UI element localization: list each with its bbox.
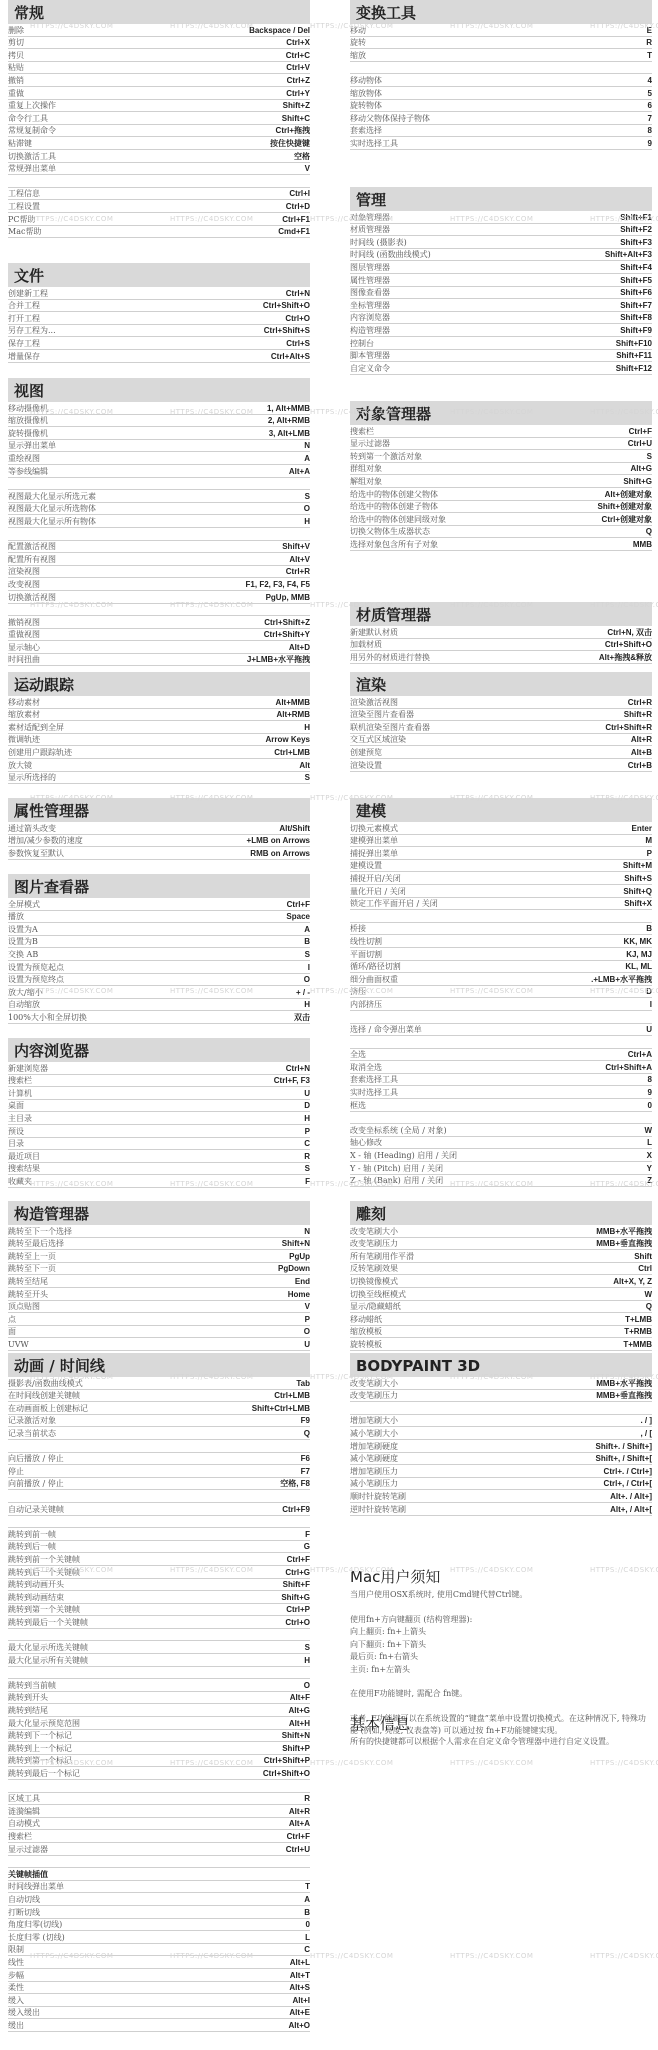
shortcut-key: Ctrl+Shift+Z — [264, 617, 310, 628]
shortcut-row: 缓入缓出Alt+E — [8, 2007, 310, 2020]
basic-info-title: 基本信息 — [350, 1712, 652, 1736]
shortcut-key: Shift+创建对象 — [598, 501, 652, 512]
shortcut-key: .+LMB+水平拖拽 — [591, 974, 652, 985]
paragraph-line: 向下翻页: fn+下箭头 — [350, 1639, 652, 1652]
shortcut-label: 跳转至上一页 — [8, 1251, 56, 1262]
shortcut-row: 缩放摄像机2, Alt+RMB — [8, 415, 310, 428]
shortcut-row: 增加笔刷大小. / ] — [350, 1415, 652, 1428]
shortcut-row: 自动切线A — [8, 1893, 310, 1906]
shortcut-row: 配置所有视图Alt+V — [8, 553, 310, 566]
section-title: 常规 — [8, 0, 310, 24]
paragraph-line: 向上翻页: fn+上箭头 — [350, 1626, 652, 1639]
shortcut-row: 显示/隐藏蜡纸Q — [350, 1301, 652, 1314]
shortcut-label: 脚本管理器 — [350, 350, 390, 361]
shortcut-row: 搜索结果S — [8, 1163, 310, 1176]
shortcut-label: 移动 — [350, 25, 366, 36]
shortcut-label: 跳转到动画结束 — [8, 1592, 64, 1603]
shortcut-row: 跳转到后一帧G — [8, 1541, 310, 1554]
shortcut-label: 桌面 — [8, 1100, 24, 1111]
shortcut-label: 锁定工作平面开启 / 关闭 — [350, 898, 438, 909]
shortcut-row: 量化开启 / 关闭Shift+Q — [350, 885, 652, 898]
shortcut-key: Z — [647, 1175, 652, 1186]
shortcut-label: 渲染设置 — [350, 760, 382, 771]
shortcut-key: L — [647, 1137, 652, 1148]
shortcut-row: 创建用户跟踪轨迹Ctrl+LMB — [8, 746, 310, 759]
shortcut-key: Shift+F6 — [620, 287, 652, 298]
shortcut-row: 最近项目R — [8, 1150, 310, 1163]
shortcut-row: 轴心修改L — [350, 1137, 652, 1150]
shortcut-row: 参数恢复至默认RMB on Arrows — [8, 847, 310, 860]
shortcut-label: 桥接 — [350, 923, 366, 934]
shortcut-label: 缩放 — [350, 50, 366, 61]
shortcut-label: 顶点贴图 — [8, 1301, 40, 1312]
shortcut-key: Alt+B — [631, 747, 652, 758]
shortcut-key: F7 — [301, 1466, 310, 1477]
shortcut-row: 加载材质Ctrl+Shift+O — [350, 639, 652, 652]
shortcut-label: 构造管理器 — [350, 325, 390, 336]
shortcut-row: 桌面D — [8, 1100, 310, 1113]
shortcut-row: 减小笔刷压力Ctrl+, / Ctrl+[ — [350, 1478, 652, 1491]
shortcut-key: P — [305, 1126, 310, 1137]
shortcut-key: B — [304, 936, 310, 947]
shortcut-row: 跳转到动画开头Shift+F — [8, 1579, 310, 1592]
shortcut-label: 跳转到前一帧 — [8, 1529, 56, 1540]
shortcut-row: 时间线弹出菜单T — [8, 1881, 310, 1894]
shortcut-label: 视图最大化显示所有物体 — [8, 516, 96, 527]
shortcut-row: 锁定工作平面开启 / 关闭Shift+X — [350, 898, 652, 911]
shortcut-label: 全屏模式 — [8, 899, 40, 910]
shortcut-key: O — [304, 974, 310, 985]
shortcut-key: Ctrl+P — [286, 1604, 310, 1615]
paragraph-gap — [350, 1602, 652, 1614]
shortcut-label: X - 轴 (Heading) 启用 / 关闭 — [350, 1150, 457, 1161]
shortcut-row: 转到第一个激活对象S — [350, 450, 652, 463]
shortcut-label: 摄影表/函数曲线模式 — [8, 1378, 83, 1389]
shortcut-label: 平面切割 — [350, 949, 382, 960]
shortcut-row: 缩放T — [350, 49, 652, 62]
shortcut-row: 选择 / 命令弹出菜单U — [350, 1024, 652, 1037]
shortcut-key: Shift+V — [282, 541, 310, 552]
shortcut-key: A — [304, 924, 310, 935]
shortcut-label: 循环/路径切割 — [350, 961, 401, 972]
shortcut-label: 量化开启 / 关闭 — [350, 886, 406, 897]
shortcut-label: 框选 — [350, 1100, 366, 1111]
section-transform: 变换工具移动E旋转R缩放T移动物体4缩放物体5旋转物体6移动父物体保持子物体7套… — [350, 0, 652, 150]
shortcut-row: 记录当前状态Q — [8, 1427, 310, 1440]
shortcut-row: 切换父物体生成器状态Q — [350, 526, 652, 539]
shortcut-key: Shift+F5 — [620, 275, 652, 286]
shortcut-row: 预设P — [8, 1125, 310, 1138]
shortcut-row: 移动物体4 — [350, 74, 652, 87]
shortcut-row: 另存工程为...Ctrl+Shift+S — [8, 325, 310, 338]
shortcut-row: 移动父物体保持子物体7 — [350, 112, 652, 125]
shortcut-label: 限制 — [8, 1944, 24, 1955]
shortcut-key: Ctrl+I — [289, 188, 310, 199]
shortcut-label: 长度归零 (切线) — [8, 1932, 65, 1943]
shortcut-key: U — [646, 1024, 652, 1035]
shortcut-label: 跳转至下一页 — [8, 1263, 56, 1274]
shortcut-row: 套索选择8 — [350, 125, 652, 138]
shortcut-row: 全选Ctrl+A — [350, 1049, 652, 1062]
shortcut-row: 最大化显示所选关键帧S — [8, 1641, 310, 1654]
shortcut-row: 切换激活视图PgUp, MMB — [8, 591, 310, 604]
shortcut-row: 增加笔刷压力Ctrl+. / Ctrl+] — [350, 1465, 652, 1478]
shortcut-label: 坐标管理器 — [350, 300, 390, 311]
section-title: 运动跟踪 — [8, 672, 310, 696]
shortcut-label: 另存工程为... — [8, 325, 56, 336]
shortcut-label: 显示过滤器 — [8, 1844, 48, 1855]
shortcut-row: 视图最大化显示所有物体H — [8, 515, 310, 528]
shortcut-row: 跳转到第一个标记Ctrl+Shift+P — [8, 1755, 310, 1768]
shortcut-key: 9 — [648, 138, 652, 149]
group-divider — [8, 478, 310, 491]
shortcut-label: 工程设置 — [8, 201, 40, 212]
shortcut-key: Shift+G — [281, 1592, 310, 1603]
shortcut-label: 视图最大化显示所选物体 — [8, 503, 96, 514]
shortcut-key: Ctrl+Shift+O — [263, 300, 310, 311]
shortcut-key: T+LMB — [625, 1314, 652, 1325]
shortcut-row: 剪切Ctrl+X — [8, 37, 310, 50]
shortcut-key: F6 — [301, 1453, 310, 1464]
shortcut-key: Y — [647, 1163, 652, 1174]
shortcut-row: 显示所选择的S — [8, 772, 310, 785]
shortcut-row: 旋转模板T+MMB — [350, 1338, 652, 1351]
shortcut-row: 切换镜像模式Alt+X, Y, Z — [350, 1275, 652, 1288]
section-sculpt: 雕刻改变笔刷大小MMB+水平拖拽改变笔刷压力MMB+垂直拖拽所有笔刷用作平滑Sh… — [350, 1201, 652, 1351]
shortcut-row: 向前播放 / 停止空格, F8 — [8, 1478, 310, 1491]
shortcut-row: 创建预览Alt+B — [350, 746, 652, 759]
section-modeling: 建模切换元素模式Enter建模弹出菜单M捕捉弹出菜单P建模设置Shift+M捕捉… — [350, 798, 652, 1187]
shortcut-row: 粘滞键按住快捷键 — [8, 137, 310, 150]
shortcut-key: Ctrl+U — [628, 438, 652, 449]
shortcut-key: Backspace / Del — [249, 25, 310, 36]
shortcut-key: N — [304, 1226, 310, 1237]
shortcut-key: Alt+E — [289, 2007, 310, 2018]
shortcut-key: D — [646, 986, 652, 997]
shortcut-row: 100%大小和全屏切换双击 — [8, 1011, 310, 1024]
shortcut-key: L — [305, 1932, 310, 1943]
shortcut-row: 计算机U — [8, 1087, 310, 1100]
shortcut-key: RMB on Arrows — [250, 848, 310, 859]
shortcut-row: 图层管理器Shift+F4 — [350, 261, 652, 274]
shortcut-row: 新建浏览器Ctrl+N — [8, 1062, 310, 1075]
shortcut-key: Alt+拖拽&释放 — [599, 652, 652, 663]
shortcut-key: Shift+M — [623, 860, 652, 871]
shortcut-label: 线性切割 — [350, 936, 382, 947]
shortcut-key: MMB+垂直拖拽 — [596, 1238, 652, 1249]
section-title: 变换工具 — [350, 0, 652, 24]
shortcut-label: 跳转到上一个标记 — [8, 1743, 72, 1754]
shortcut-key: Shift+F10 — [616, 338, 652, 349]
shortcut-label: 属性管理器 — [350, 275, 390, 286]
shortcut-key: MMB — [633, 539, 652, 550]
shortcut-row: 给选中的物体创建同级对象Ctrl+创建对象 — [350, 513, 652, 526]
shortcut-key: R — [646, 37, 652, 48]
shortcut-row: Mac帮助Cmd+F1 — [8, 226, 310, 239]
shortcut-row: 对象管理器Shift+F1 — [350, 211, 652, 224]
shortcut-key: T — [647, 50, 652, 61]
shortcut-row: 跳转至最后选择Shift+N — [8, 1238, 310, 1251]
shortcut-row: 素材适配到全屏H — [8, 721, 310, 734]
shortcut-row: 区域工具R — [8, 1793, 310, 1806]
section-animation: 动画 / 时间线摄影表/函数曲线模式Tab在时间线创建关键帧Ctrl+LMB在动… — [8, 1353, 310, 2032]
shortcut-row: 改变视图F1, F2, F3, F4, F5 — [8, 578, 310, 591]
shortcut-key: Ctrl+Shift+A — [605, 1062, 652, 1073]
shortcut-label: 套索选择 — [350, 125, 382, 136]
shortcut-label: 配置所有视图 — [8, 554, 56, 565]
shortcut-label: 打开工程 — [8, 313, 40, 324]
shortcut-key: S — [305, 1163, 310, 1174]
shortcut-label: 全选 — [350, 1049, 366, 1060]
shortcut-label: 搜索栏 — [350, 426, 374, 437]
shortcut-row: 跳转到动画结束Shift+G — [8, 1591, 310, 1604]
shortcut-row: 显示轴心Alt+D — [8, 641, 310, 654]
shortcut-key: C — [304, 1944, 310, 1955]
shortcut-label: 设置为A — [8, 924, 38, 935]
shortcut-label: 用另外的材质进行替换 — [350, 652, 430, 663]
section-material-manager: 材质管理器新建默认材质Ctrl+N, 双击加载材质Ctrl+Shift+O用另外… — [350, 602, 652, 664]
shortcut-row: 改变坐标系统 (全局 / 对象)W — [350, 1124, 652, 1137]
shortcut-key: J+LMB+水平拖拽 — [247, 654, 310, 665]
shortcut-row: 增加/减少参数的速度+LMB on Arrows — [8, 835, 310, 848]
shortcut-key: Ctrl+F9 — [282, 1504, 310, 1515]
shortcut-row: 打开工程Ctrl+O — [8, 312, 310, 325]
shortcut-row: 控制台Shift+F10 — [350, 337, 652, 350]
shortcut-key: Ctrl+, / Ctrl+[ — [604, 1478, 652, 1489]
shortcut-key: 空格, F8 — [280, 1478, 310, 1489]
shortcut-row: 视图最大化显示所选元素S — [8, 490, 310, 503]
shortcut-label: 增加笔刷硬度 — [350, 1441, 398, 1452]
shortcut-row: 捕捉弹出菜单P — [350, 847, 652, 860]
shortcut-row: 限制C — [8, 1944, 310, 1957]
shortcut-key: V — [305, 1301, 310, 1312]
shortcut-label: 缓出 — [8, 2020, 24, 2031]
shortcut-label: 100%大小和全屏切换 — [8, 1012, 87, 1023]
shortcut-label: 显示/隐藏蜡纸 — [350, 1301, 401, 1312]
section-title: 构造管理器 — [8, 1201, 310, 1225]
shortcut-label: 跳转至开头 — [8, 1289, 48, 1300]
shortcut-key: Alt+创建对象 — [605, 489, 652, 500]
shortcut-key: Ctrl+A — [628, 1049, 652, 1060]
shortcut-row: 增加笔刷硬度Shift+. / Shift+] — [350, 1440, 652, 1453]
shortcut-row: 交互式区域渲染Alt+R — [350, 734, 652, 747]
shortcut-row: 顶点贴图V — [8, 1301, 310, 1314]
shortcut-row: PC帮助Ctrl+F1 — [8, 213, 310, 226]
shortcut-row: 切换至线框模式W — [350, 1288, 652, 1301]
shortcut-label: 步幅 — [8, 1970, 24, 1981]
shortcut-key: Shift+F7 — [620, 300, 652, 311]
shortcut-label: 记录激活对象 — [8, 1415, 56, 1426]
shortcut-label: 线性 — [8, 1957, 24, 1968]
shortcut-key: G — [304, 1541, 310, 1552]
shortcut-label: 控制台 — [350, 338, 374, 349]
shortcut-row: 拷贝Ctrl+C — [8, 49, 310, 62]
shortcut-label: 自动缩放 — [8, 999, 40, 1010]
shortcut-label: 跳转到下一个标记 — [8, 1730, 72, 1741]
shortcut-row: 线性切割KK, MK — [350, 935, 652, 948]
shortcut-label: 重做 — [8, 88, 24, 99]
shortcut-label: 等参线编辑 — [8, 466, 48, 477]
shortcut-label: 跳转到开头 — [8, 1692, 48, 1703]
shortcut-key: Shift+F12 — [616, 363, 652, 374]
shortcut-label: 建模弹出菜单 — [350, 835, 398, 846]
section-title: 属性管理器 — [8, 798, 310, 822]
shortcut-label: 实时选择工具 — [350, 138, 398, 149]
shortcut-label: 常规弹出菜单 — [8, 163, 56, 174]
shortcut-label: 缩放摄像机 — [8, 415, 48, 426]
shortcut-key: Arrow Keys — [266, 734, 310, 745]
shortcut-key: Shift+N — [282, 1730, 310, 1741]
shortcut-label: 显示过滤器 — [350, 438, 390, 449]
shortcut-row: 合并工程Ctrl+Shift+O — [8, 300, 310, 313]
shortcut-key: Alt+A — [289, 466, 310, 477]
group-divider — [8, 528, 310, 541]
shortcut-row: 改变笔刷压力MMB+垂直拖拽 — [350, 1238, 652, 1251]
shortcut-row: 时间线 (函数曲线模式)Shift+Alt+F3 — [350, 249, 652, 262]
shortcut-label: 内部挤压 — [350, 999, 382, 1010]
shortcut-row: 角度归零(切线)0 — [8, 1919, 310, 1932]
shortcut-label: 改变笔刷压力 — [350, 1390, 398, 1401]
shortcut-row: 增量保存Ctrl+Alt+S — [8, 350, 310, 363]
shortcut-key: Alt+. / Alt+] — [610, 1491, 652, 1502]
shortcut-row: 联机渲染至图片查看器Ctrl+Shift+R — [350, 721, 652, 734]
group-divider — [8, 1516, 310, 1529]
shortcut-row: 改变笔刷大小MMB+水平拖拽 — [350, 1225, 652, 1238]
shortcut-label: 跳转到第一个关键帧 — [8, 1604, 80, 1615]
shortcut-key: S — [305, 949, 310, 960]
shortcut-key: Alt+RMB — [276, 709, 310, 720]
shortcut-label: 跳转到最后一个关键帧 — [8, 1617, 88, 1628]
shortcut-key: Shift+. / Shift+] — [596, 1441, 652, 1452]
shortcut-row: 缓入Alt+I — [8, 1994, 310, 2007]
shortcut-key: Shift+R — [624, 709, 652, 720]
shortcut-key: Shift — [634, 1251, 652, 1262]
shortcut-label: 增加笔刷压力 — [350, 1466, 398, 1477]
shortcut-label: 跳转到后一个关键帧 — [8, 1567, 80, 1578]
shortcut-key: Ctrl+F — [287, 899, 310, 910]
shortcut-row: 放大/缩小+ / - — [8, 986, 310, 999]
shortcut-label: 向后播放 / 停止 — [8, 1453, 64, 1464]
shortcut-key: H — [304, 516, 310, 527]
group-divider — [8, 1856, 310, 1869]
shortcut-key: Alt+R — [289, 1806, 310, 1817]
shortcut-row: 图像查看器Shift+F6 — [350, 287, 652, 300]
section-content-browser: 内容浏览器新建浏览器Ctrl+N搜索栏Ctrl+F, F3计算机U桌面D主目录H… — [8, 1038, 310, 1188]
shortcut-row: 群组对象Alt+G — [350, 463, 652, 476]
shortcut-row: 主目录H — [8, 1112, 310, 1125]
shortcut-row: 平面切割KJ, MJ — [350, 948, 652, 961]
shortcut-row: 设置为预览终点O — [8, 974, 310, 987]
shortcut-row: 通过箭头改变Alt/Shift — [8, 822, 310, 835]
shortcut-label: 实时选择工具 — [350, 1087, 398, 1098]
shortcut-key: + / - — [296, 987, 310, 998]
shortcut-key: . / ] — [640, 1415, 652, 1426]
shortcut-key: End — [295, 1276, 310, 1287]
shortcut-label: 移动素材 — [8, 697, 40, 708]
shortcut-row: 给选中的物体创建父物体Alt+创建对象 — [350, 488, 652, 501]
shortcut-row: 自动模式Alt+A — [8, 1818, 310, 1831]
shortcut-key: Shift+F11 — [616, 350, 652, 361]
shortcut-label: 显示轴心 — [8, 642, 40, 653]
shortcut-key: 9 — [648, 1087, 652, 1098]
shortcut-key: Cmd+F1 — [278, 226, 310, 237]
shortcut-label: 减小笔刷大小 — [350, 1428, 398, 1439]
shortcut-label: 减小笔刷压力 — [350, 1478, 398, 1489]
shortcut-key: Alt+O — [288, 2020, 310, 2031]
shortcut-label: 向前播放 / 停止 — [8, 1478, 64, 1489]
shortcut-label: 渲染至图片查看器 — [350, 709, 414, 720]
shortcut-label: 切换元素模式 — [350, 823, 398, 834]
shortcut-label: 给选中的物体创建子物体 — [350, 501, 438, 512]
shortcut-row: 搜索栏Ctrl+F, F3 — [8, 1075, 310, 1088]
shortcut-row: 缓出Alt+O — [8, 2019, 310, 2032]
shortcut-row: 微调轨迹Arrow Keys — [8, 734, 310, 747]
shortcut-row: 旋转R — [350, 37, 652, 50]
shortcut-key: B — [646, 923, 652, 934]
shortcut-label: 跳转至最后选择 — [8, 1238, 64, 1249]
shortcut-label: 转到第一个激活对象 — [350, 451, 422, 462]
section-title: 渲染 — [350, 672, 652, 696]
shortcut-label: 删除 — [8, 25, 24, 36]
shortcut-key: 按住快捷键 — [270, 138, 310, 149]
shortcut-key: A — [304, 1894, 310, 1905]
shortcut-label: 显示所选择的 — [8, 772, 56, 783]
shortcut-label: 新建浏览器 — [8, 1063, 48, 1074]
shortcut-key: Alt+V — [289, 554, 310, 565]
shortcut-key: 7 — [648, 113, 652, 124]
shortcut-key: U — [304, 1339, 310, 1350]
shortcut-label: 图像查看器 — [350, 287, 390, 298]
shortcut-label: 搜索栏 — [8, 1831, 32, 1842]
shortcut-row: 构造管理器Shift+F9 — [350, 324, 652, 337]
shortcut-label: 捕捉开启/关闭 — [350, 873, 401, 884]
shortcut-row: 属性管理器Shift+F5 — [350, 274, 652, 287]
shortcut-key: Shift+N — [282, 1238, 310, 1249]
shortcut-key: Ctrl — [638, 1263, 652, 1274]
shortcut-key: Shift+F9 — [620, 325, 652, 336]
section-title: BODYPAINT 3D — [350, 1353, 652, 1377]
shortcut-row: 脚本管理器Shift+F11 — [350, 350, 652, 363]
shortcut-key: MMB+水平拖拽 — [596, 1378, 652, 1389]
shortcut-label: 放大镜 — [8, 760, 32, 771]
shortcut-row: 渲染视图Ctrl+R — [8, 566, 310, 579]
shortcut-row: UVWU — [8, 1338, 310, 1351]
group-divider — [8, 1667, 310, 1680]
shortcut-row: 坐标管理器Shift+F7 — [350, 299, 652, 312]
shortcut-row: 自动记录关键帧Ctrl+F9 — [8, 1503, 310, 1516]
shortcut-key: O — [304, 1326, 310, 1337]
shortcut-label: 创建新工程 — [8, 288, 48, 299]
shortcut-key: MMB+水平拖拽 — [596, 1226, 652, 1237]
shortcut-key: X — [647, 1150, 652, 1161]
shortcut-label: 时间线 (函数曲线模式) — [350, 249, 431, 260]
shortcut-row: 摄影表/函数曲线模式Tab — [8, 1377, 310, 1390]
shortcut-key: R — [304, 1793, 310, 1804]
shortcut-key: Ctrl+Shift+O — [605, 639, 652, 650]
shortcut-label: 视图最大化显示所选元素 — [8, 491, 96, 502]
shortcut-key: S — [305, 491, 310, 502]
interpolation-subtitle: 关键帧插值 — [8, 1869, 48, 1880]
shortcut-label: 联机渲染至图片查看器 — [350, 722, 430, 733]
shortcut-key: Shift+F3 — [620, 237, 652, 248]
shortcut-key: Shift+X — [624, 898, 652, 909]
shortcut-row: 播放Space — [8, 911, 310, 924]
shortcut-key: Ctrl+D — [286, 201, 310, 212]
shortcut-key: Ctrl+Shift+O — [263, 1768, 310, 1779]
shortcut-row: 线性Alt+L — [8, 1956, 310, 1969]
shortcut-label: 通过箭头改变 — [8, 823, 56, 834]
shortcut-row: 放大镜Alt — [8, 759, 310, 772]
